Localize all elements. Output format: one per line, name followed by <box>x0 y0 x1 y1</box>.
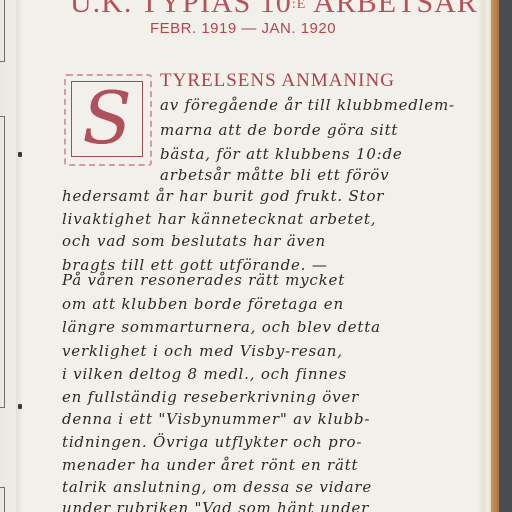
text-line: talrik anslutning, om dessa se vidare <box>62 478 372 496</box>
page-title: U.K. TYPIAS 10:E ARBETSÅR <box>70 0 490 20</box>
text-line: marna att de borde göra sitt <box>160 121 398 139</box>
text-line: i vilken deltog 8 medl., och finnes <box>62 365 347 383</box>
title-superscript: :E <box>292 0 306 12</box>
text-line: verklighet i och med Visby-resan, <box>62 342 343 360</box>
text-line: om att klubben borde företaga en <box>62 295 344 313</box>
text-line: På våren resonerades rätt mycket <box>62 271 345 289</box>
dark-background <box>499 0 512 512</box>
page-stack-edge <box>478 0 492 512</box>
left-page-box-top <box>0 0 5 62</box>
left-page-box-middle <box>0 116 5 408</box>
text-line: under rubriken "Vad som hänt under <box>62 499 369 512</box>
text-line: menader ha under året rönt en rätt <box>62 456 358 474</box>
left-page-box-bottom <box>0 487 5 512</box>
text-line: tidningen. Övriga utflykter och pro- <box>62 433 362 451</box>
illuminated-initial-inner-frame: S <box>71 81 143 157</box>
book-cover-edge <box>491 0 499 512</box>
section-heading: TYRELSENS ANMANING <box>160 70 395 92</box>
illuminated-initial-letter: S <box>72 76 142 160</box>
text-line: denna i ett "Visbynummer" av klubb- <box>62 410 370 428</box>
text-line: hedersamt år har burit god frukt. Stor <box>62 187 384 205</box>
text-line: och vad som beslutats har även <box>62 232 326 250</box>
title-suffix: ARBETSÅR <box>306 0 478 19</box>
illuminated-initial-frame: S <box>64 74 152 166</box>
text-line: bästa, för att klubbens 10:de <box>160 145 403 163</box>
text-line: av föregående år till klubbmedlem- <box>160 96 455 114</box>
text-line: en fullständig reseberkrivning över <box>62 388 359 406</box>
binding-hole-bottom <box>18 404 22 409</box>
binding-hole-top <box>18 152 22 157</box>
text-line: livaktighet har kännetecknat arbetet, <box>62 210 376 228</box>
text-line: längre sommarturnera, och blev detta <box>62 318 381 336</box>
title-main: U.K. TYPIAS 10 <box>70 0 292 19</box>
date-range-subtitle: FEBR. 1919 — JAN. 1920 <box>150 20 336 37</box>
text-line: arbetsår måtte bli ett föröv <box>160 166 389 184</box>
